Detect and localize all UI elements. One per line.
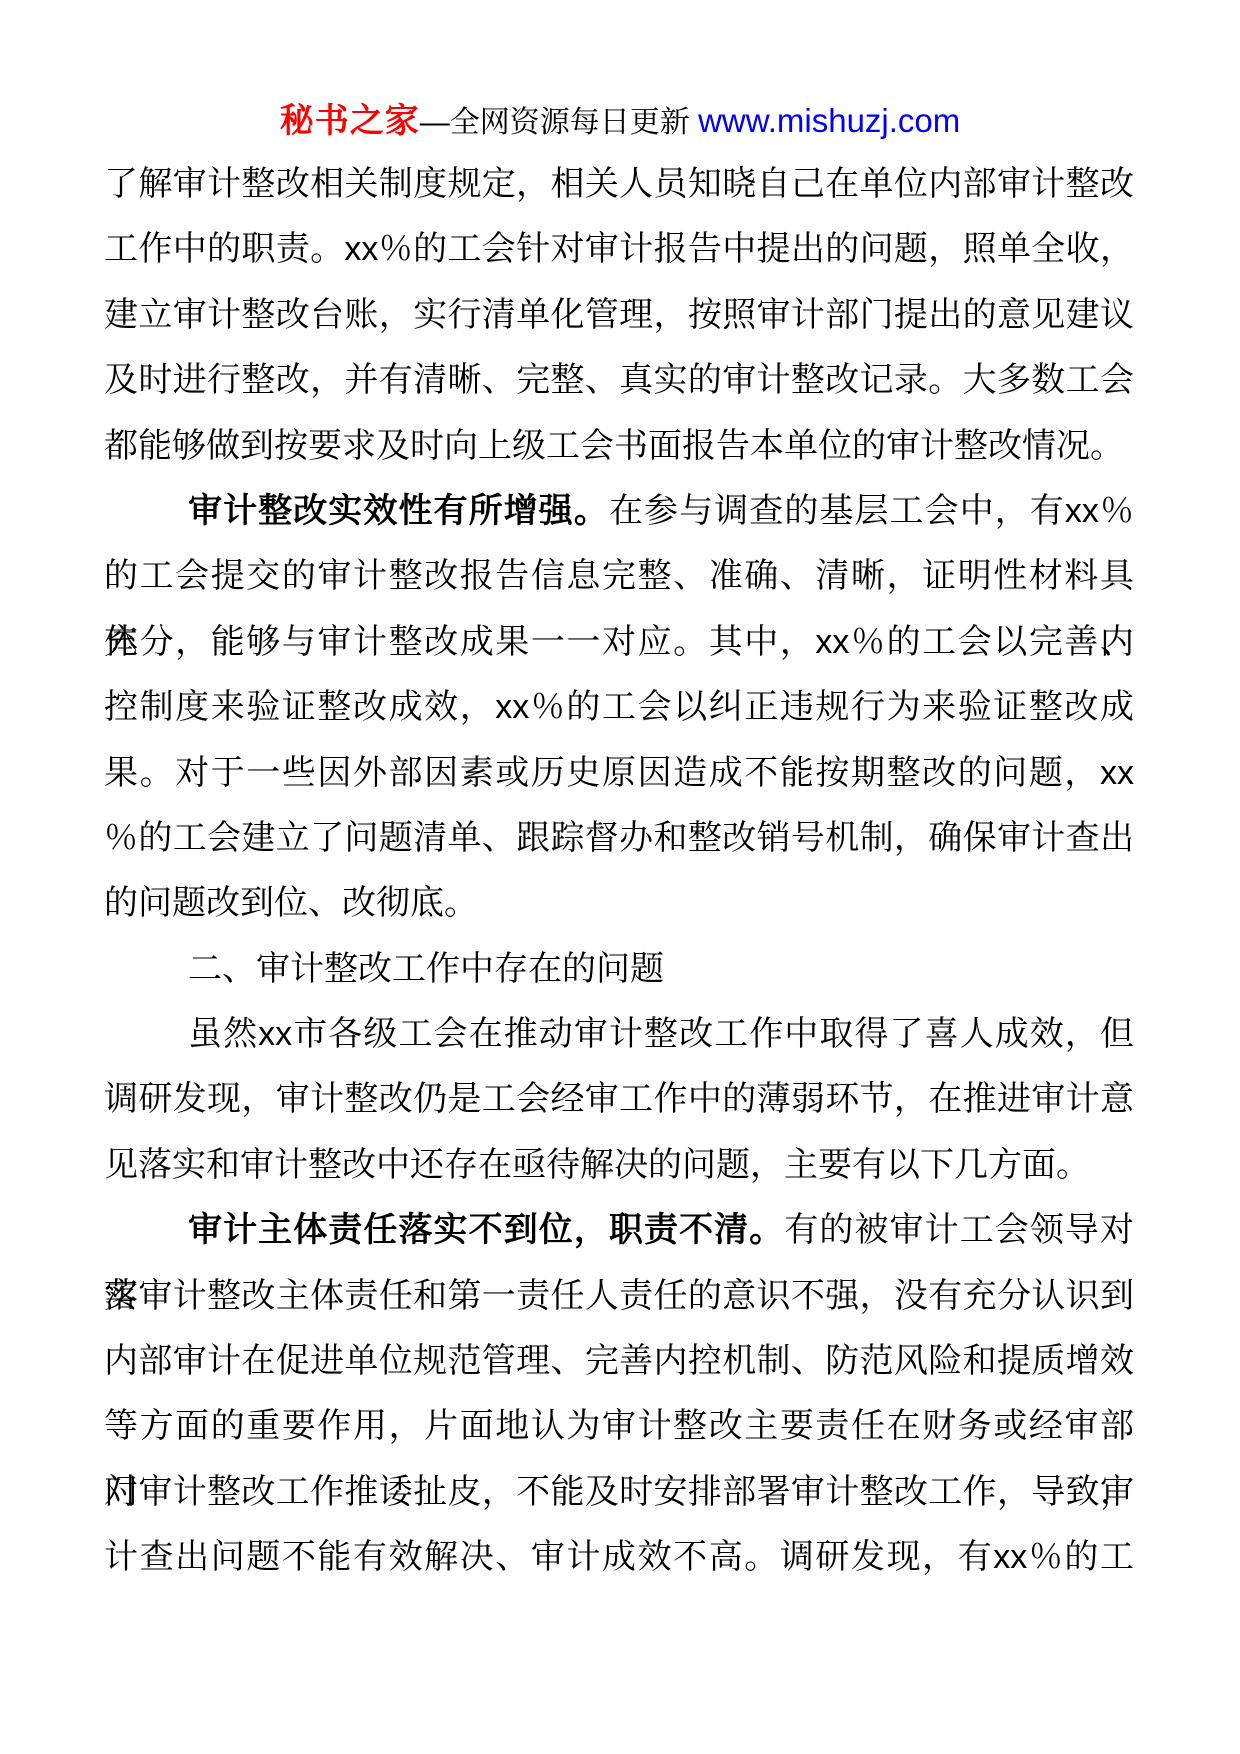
text-line: 等方面的重要作用，片面地认为审计整改主要责任在财务或经审部门， [104, 1394, 1134, 1459]
text-segment: 建立审计整改台账，实行清单化管理，按照审计部门提出的意见建议 [104, 296, 1134, 334]
text-line: 都能够做到按要求及时向上级工会书面报告本单位的审计整改情况。 [104, 414, 1134, 479]
site-brand: 秘书之家 [280, 102, 420, 140]
text-line: 二、审计整改工作中存在的问题 [104, 937, 1134, 1002]
text-line: 对审计整改工作推诿扯皮，不能及时安排部署审计整改工作，导致审 [104, 1460, 1134, 1525]
text-line: 见落实和审计整改中还存在亟待解决的问题，主要有以下几方面。 [104, 1133, 1134, 1198]
text-segment: 都能够做到按要求及时向上级工会书面报告本单位的审计整改情况。 [104, 427, 1124, 465]
text-segment: 充分，能够与审计整改成果一一对应。其中，xx％的工会以完善内 [104, 623, 1134, 661]
header-tagline: —全网资源每日更新 [420, 106, 698, 139]
text-line: 控制度来验证整改成效，xx％的工会以纠正违规行为来验证整改成 [104, 675, 1134, 740]
text-segment: ％的工会建立了问题清单、跟踪督办和整改销号机制，确保审计查出 [104, 819, 1134, 857]
text-segment: 控制度来验证整改成效，xx％的工会以纠正违规行为来验证整改成 [104, 688, 1134, 726]
text-segment: 虽然xx市各级工会在推动审计整改工作中取得了喜人成效，但 [188, 1015, 1134, 1053]
site-url-link[interactable]: www.mishuzj.com [698, 102, 960, 139]
bold-text-segment: 审计整改实效性有所增强。 [188, 492, 609, 530]
text-segment: 果。对于一些因外部因素或历史原因造成不能按期整改的问题，xx [104, 754, 1134, 792]
text-segment: 二、审计整改工作中存在的问题 [188, 950, 664, 988]
text-line: 充分，能够与审计整改成果一一对应。其中，xx％的工会以完善内 [104, 610, 1134, 675]
document-page: 秘书之家—全网资源每日更新 www.mishuzj.com 了解审计整改相关制度… [0, 0, 1240, 1754]
text-line: 了解审计整改相关制度规定，相关人员知晓自己在单位内部审计整改 [104, 152, 1134, 217]
text-segment: 的问题改到位、改彻底。 [104, 884, 478, 922]
text-line: 审计主体责任落实不到位，职责不清。有的被审计工会领导对落 [104, 1198, 1134, 1263]
text-segment: 工作中的职责。xx％的工会针对审计报告中提出的问题，照单全收， [104, 230, 1134, 268]
site-header: 秘书之家—全网资源每日更新 www.mishuzj.com [0, 100, 1240, 144]
bold-text-segment: 审计主体责任落实不到位，职责不清。 [188, 1211, 784, 1249]
text-line: 及时进行整改，并有清晰、完整、真实的审计整改记录。大多数工会 [104, 348, 1134, 413]
text-segment: 实审计整改主体责任和第一责任人责任的意识不强，没有充分认识到 [104, 1277, 1134, 1315]
text-line: ％的工会建立了问题清单、跟踪督办和整改销号机制，确保审计查出 [104, 806, 1134, 871]
text-segment: 在参与调查的基层工会中，有xx％ [609, 492, 1134, 530]
text-line: 内部审计在促进单位规范管理、完善内控机制、防范风险和提质增效 [104, 1329, 1134, 1394]
text-segment: 内部审计在促进单位规范管理、完善内控机制、防范风险和提质增效 [104, 1342, 1134, 1380]
text-segment: 对审计整改工作推诿扯皮，不能及时安排部署审计整改工作，导致审 [104, 1473, 1134, 1511]
text-segment: 计查出问题不能有效解决、审计成效不高。调研发现，有xx％的工 [104, 1538, 1134, 1576]
text-line: 的问题改到位、改彻底。 [104, 871, 1134, 936]
text-segment: 见落实和审计整改中还存在亟待解决的问题，主要有以下几方面。 [104, 1146, 1090, 1184]
text-line: 审计整改实效性有所增强。在参与调查的基层工会中，有xx％ [104, 479, 1134, 544]
text-segment: 了解审计整改相关制度规定，相关人员知晓自己在单位内部审计整改 [104, 165, 1134, 203]
text-segment: 调研发现，审计整改仍是工会经审工作中的薄弱环节，在推进审计意 [104, 1080, 1134, 1118]
text-line: 的工会提交的审计整改报告信息完整、准确、清晰，证明性材料具体、 [104, 544, 1134, 609]
text-line: 虽然xx市各级工会在推动审计整改工作中取得了喜人成效，但 [104, 1002, 1134, 1067]
text-line: 建立审计整改台账，实行清单化管理，按照审计部门提出的意见建议 [104, 283, 1134, 348]
text-line: 计查出问题不能有效解决、审计成效不高。调研发现，有xx％的工 [104, 1525, 1134, 1590]
text-line: 调研发现，审计整改仍是工会经审工作中的薄弱环节，在推进审计意 [104, 1067, 1134, 1132]
text-line: 实审计整改主体责任和第一责任人责任的意识不强，没有充分认识到 [104, 1264, 1134, 1329]
text-line: 工作中的职责。xx％的工会针对审计报告中提出的问题，照单全收， [104, 217, 1134, 282]
text-line: 果。对于一些因外部因素或历史原因造成不能按期整改的问题，xx [104, 741, 1134, 806]
text-segment: 及时进行整改，并有清晰、完整、真实的审计整改记录。大多数工会 [104, 361, 1134, 399]
document-body: 了解审计整改相关制度规定，相关人员知晓自己在单位内部审计整改工作中的职责。xx％… [104, 152, 1134, 1591]
